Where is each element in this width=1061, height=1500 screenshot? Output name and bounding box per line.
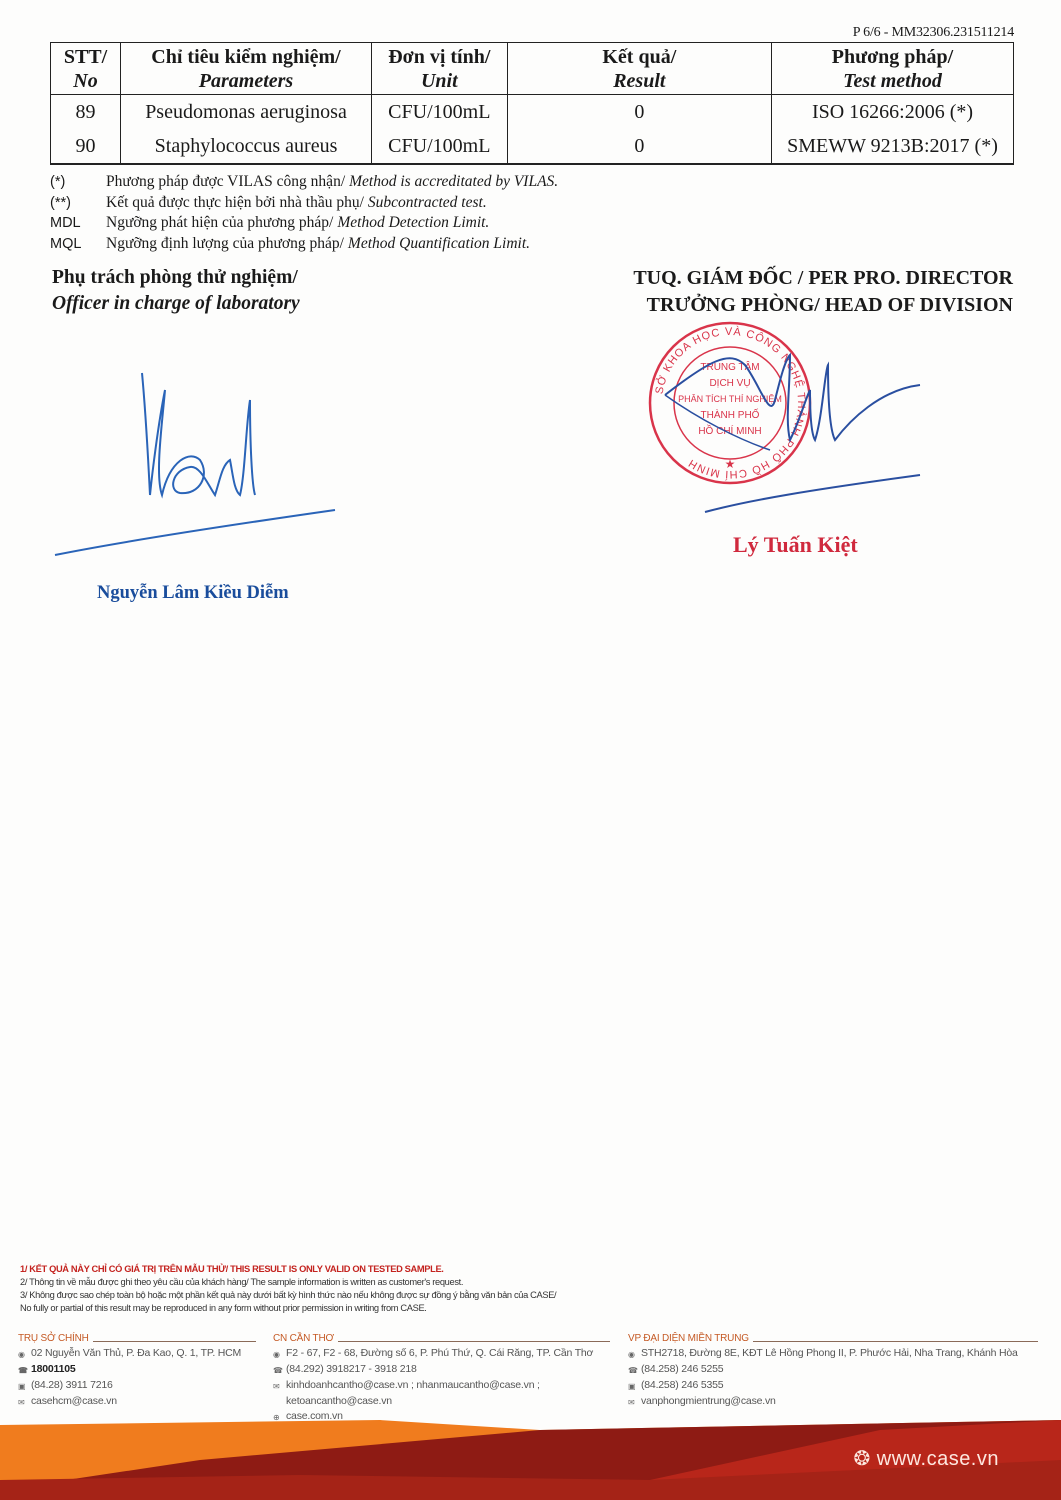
email-link[interactable]: vanphongmientrung@case.vn (641, 1394, 776, 1409)
legend-notes: (*)Phương pháp được VILAS công nhận/Meth… (50, 172, 558, 254)
email-icon: ✉ (628, 1395, 641, 1410)
email-link[interactable]: ketoancantho@case.vn (286, 1394, 392, 1409)
phone-icon: ☎ (628, 1363, 641, 1378)
note-row: (*)Phương pháp được VILAS công nhận/Meth… (50, 172, 558, 193)
fax-icon: ▣ (18, 1379, 31, 1394)
email-icon: ✉ (273, 1379, 286, 1394)
director-name: Lý Tuấn Kiệt (733, 532, 858, 558)
cell-result: 0 (507, 95, 771, 130)
cell-parameter: Staphylococcus aureus (121, 129, 372, 164)
email-link[interactable]: kinhdoanhcantho@case.vn ; nhanmaucantho@… (286, 1378, 540, 1393)
phone-icon: ☎ (273, 1363, 286, 1378)
location-icon: ◉ (18, 1347, 31, 1362)
note-row: (**) Kết quả được thực hiện bởi nhà thầu… (50, 193, 558, 214)
cell-unit: CFU/100mL (371, 95, 507, 130)
header-parameters: Chỉ tiêu kiểm nghiệm/Parameters (121, 43, 372, 95)
note-row: MDLNgưỡng phát hiện của phương pháp/Meth… (50, 213, 558, 234)
left-signature (50, 365, 340, 565)
office-central: VP ĐẠI DIỆN MIỀN TRUNG ◉STH2718, Đường 8… (628, 1331, 1038, 1410)
table-row: 90 Staphylococcus aureus CFU/100mL 0 SME… (51, 129, 1014, 164)
header-unit: Đơn vị tính/Unit (371, 43, 507, 95)
header-test-method: Phương pháp/Test method (772, 43, 1014, 95)
note-row: MQLNgưỡng định lượng của phương pháp/Met… (50, 234, 558, 255)
cell-no: 89 (51, 95, 121, 130)
right-signature (650, 340, 930, 520)
office-hq: TRỤ SỞ CHÍNH ◉02 Nguyễn Văn Thủ, P. Đa K… (18, 1331, 256, 1410)
header-result: Kết quả/Result (507, 43, 771, 95)
office-can-tho: CN CẦN THƠ ◉F2 - 67, F2 - 68, Đường số 6… (273, 1331, 610, 1425)
email-link[interactable]: casehcm@case.vn (31, 1394, 117, 1409)
location-icon: ◉ (628, 1347, 641, 1362)
table-header-row: STT/No Chỉ tiêu kiểm nghiệm/Parameters Đ… (51, 43, 1014, 95)
fax-icon: ▣ (628, 1379, 641, 1394)
cell-parameter: Pseudomonas aeruginosa (121, 95, 372, 130)
cell-no: 90 (51, 129, 121, 164)
results-table: STT/No Chỉ tiêu kiểm nghiệm/Parameters Đ… (50, 42, 1014, 165)
cell-unit: CFU/100mL (371, 129, 507, 164)
website-link[interactable]: ❂ www.case.vn (853, 1446, 999, 1471)
page-reference: P 6/6 - MM32306.231511214 (853, 25, 1014, 41)
phone-icon: ☎ (18, 1363, 31, 1378)
globe-icon: ❂ (853, 1448, 876, 1470)
lab-officer-name: Nguyễn Lâm Kiều Diễm (97, 583, 289, 604)
lab-officer-title: Phụ trách phòng thử nghiệm/ Officer in c… (52, 265, 300, 317)
director-title: TUQ. GIÁM ĐỐC / PER PRO. DIRECTOR TRƯỞNG… (633, 265, 1013, 319)
footer-disclaimer: 1/ KẾT QUẢ NÀY CHỈ CÓ GIÁ TRỊ TRÊN MẪU T… (20, 1263, 556, 1315)
email-icon: ✉ (18, 1395, 31, 1410)
cell-result: 0 (507, 129, 771, 164)
header-no: STT/No (51, 43, 121, 95)
cell-method: SMEWW 9213B:2017 (*) (772, 129, 1014, 164)
location-icon: ◉ (273, 1347, 286, 1362)
cell-method: ISO 16266:2006 (*) (772, 95, 1014, 130)
table-row: 89 Pseudomonas aeruginosa CFU/100mL 0 IS… (51, 95, 1014, 130)
